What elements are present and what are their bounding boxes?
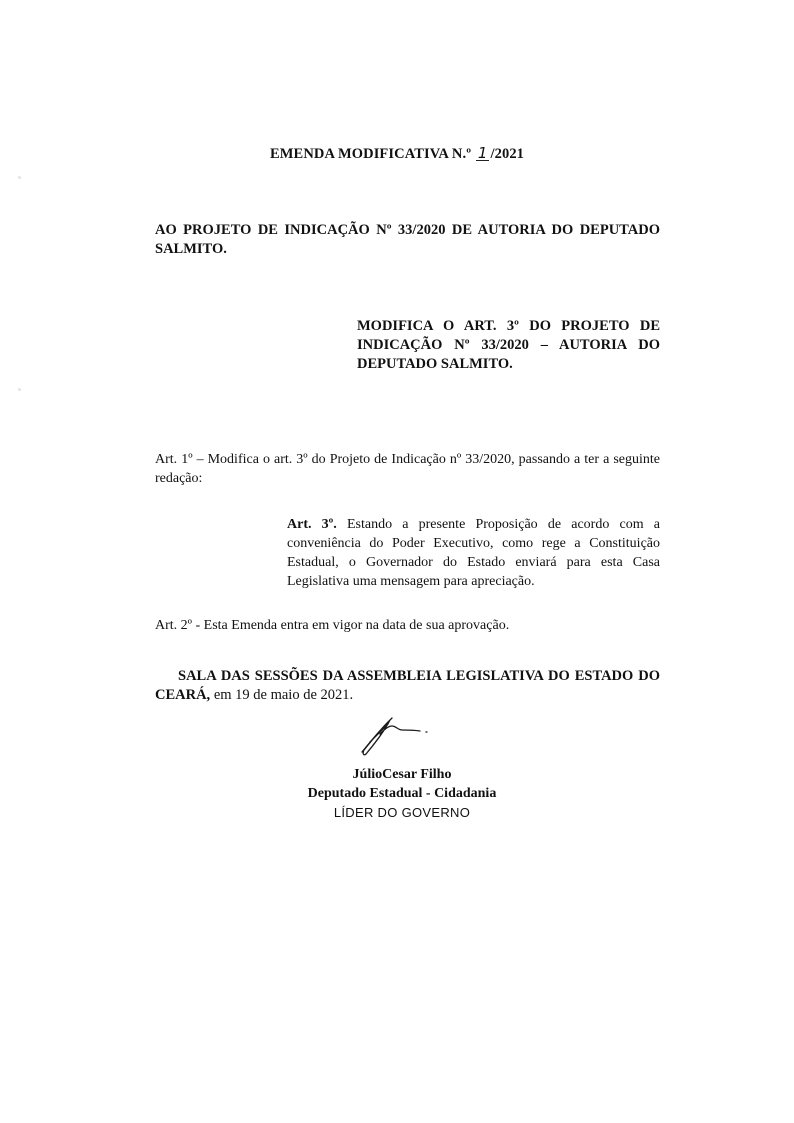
ementa-line-1: MODIFICA O ART. 3º DO PROJETO DE — [357, 317, 660, 336]
heading: AO PROJETO DE INDICAÇÃO Nº 33/2020 DE AU… — [155, 221, 660, 259]
document-title: EMENDA MODIFICATIVA N.º 1/2021 — [0, 146, 794, 163]
signature-image — [340, 712, 440, 762]
heading-line-1: AO PROJETO DE INDICAÇÃO Nº 33/2020 DE AU… — [155, 221, 660, 240]
article-2: Art. 2º - Esta Emenda entra em vigor na … — [155, 616, 660, 635]
handwritten-number: 1 — [476, 147, 490, 161]
quoted-line-4: Legislativa uma mensagem para apreciação… — [287, 572, 660, 591]
closing: SALA DAS SESSÕES DA ASSEMBLEIA LEGISLATI… — [155, 667, 660, 705]
closing-date: em 19 de maio de 2021. — [210, 687, 353, 703]
quoted-line-1-text: Estando a presente Proposição de acordo … — [337, 517, 660, 532]
article-1-line-1: Art. 1º – Modifica o art. 3º do Projeto … — [155, 450, 660, 469]
quoted-article-3: Art. 3º. Estando a presente Proposição d… — [287, 515, 660, 591]
ementa: MODIFICA O ART. 3º DO PROJETO DE INDICAÇ… — [357, 317, 660, 374]
closing-line-1: SALA DAS SESSÕES DA ASSEMBLEIA LEGISLATI… — [155, 667, 660, 686]
signatory-block: JúlioCesar Filho Deputado Estadual - Cid… — [250, 765, 554, 822]
document-page: EMENDA MODIFICATIVA N.º 1/2021 AO PROJET… — [0, 0, 794, 1123]
signatory-name: JúlioCesar Filho — [250, 765, 554, 784]
title-suffix: /2021 — [490, 146, 524, 162]
quoted-line-1: Art. 3º. Estando a presente Proposição d… — [287, 515, 660, 534]
signatory-role: Deputado Estadual - Cidadania — [250, 784, 554, 803]
margin-mark — [18, 388, 21, 391]
article-1: Art. 1º – Modifica o art. 3º do Projeto … — [155, 450, 660, 488]
quoted-line-2: conveniência do Poder Executivo, como re… — [287, 534, 660, 553]
closing-line-2: CEARÁ, em 19 de maio de 2021. — [155, 686, 660, 705]
ementa-line-2: INDICAÇÃO Nº 33/2020 – AUTORIA DO — [357, 336, 660, 355]
signatory-office: LÍDER DO GOVERNO — [250, 803, 554, 822]
heading-line-2: SALMITO. — [155, 241, 227, 257]
title-prefix: EMENDA MODIFICATIVA N.º — [270, 146, 471, 162]
closing-state: CEARÁ, — [155, 687, 210, 703]
quoted-label: Art. 3º. — [287, 517, 337, 532]
article-1-line-2: redação: — [155, 469, 660, 488]
margin-mark — [18, 176, 21, 179]
ementa-line-3: DEPUTADO SALMITO. — [357, 355, 660, 374]
quoted-line-3: Estadual, o Governador do Estado enviará… — [287, 553, 660, 572]
